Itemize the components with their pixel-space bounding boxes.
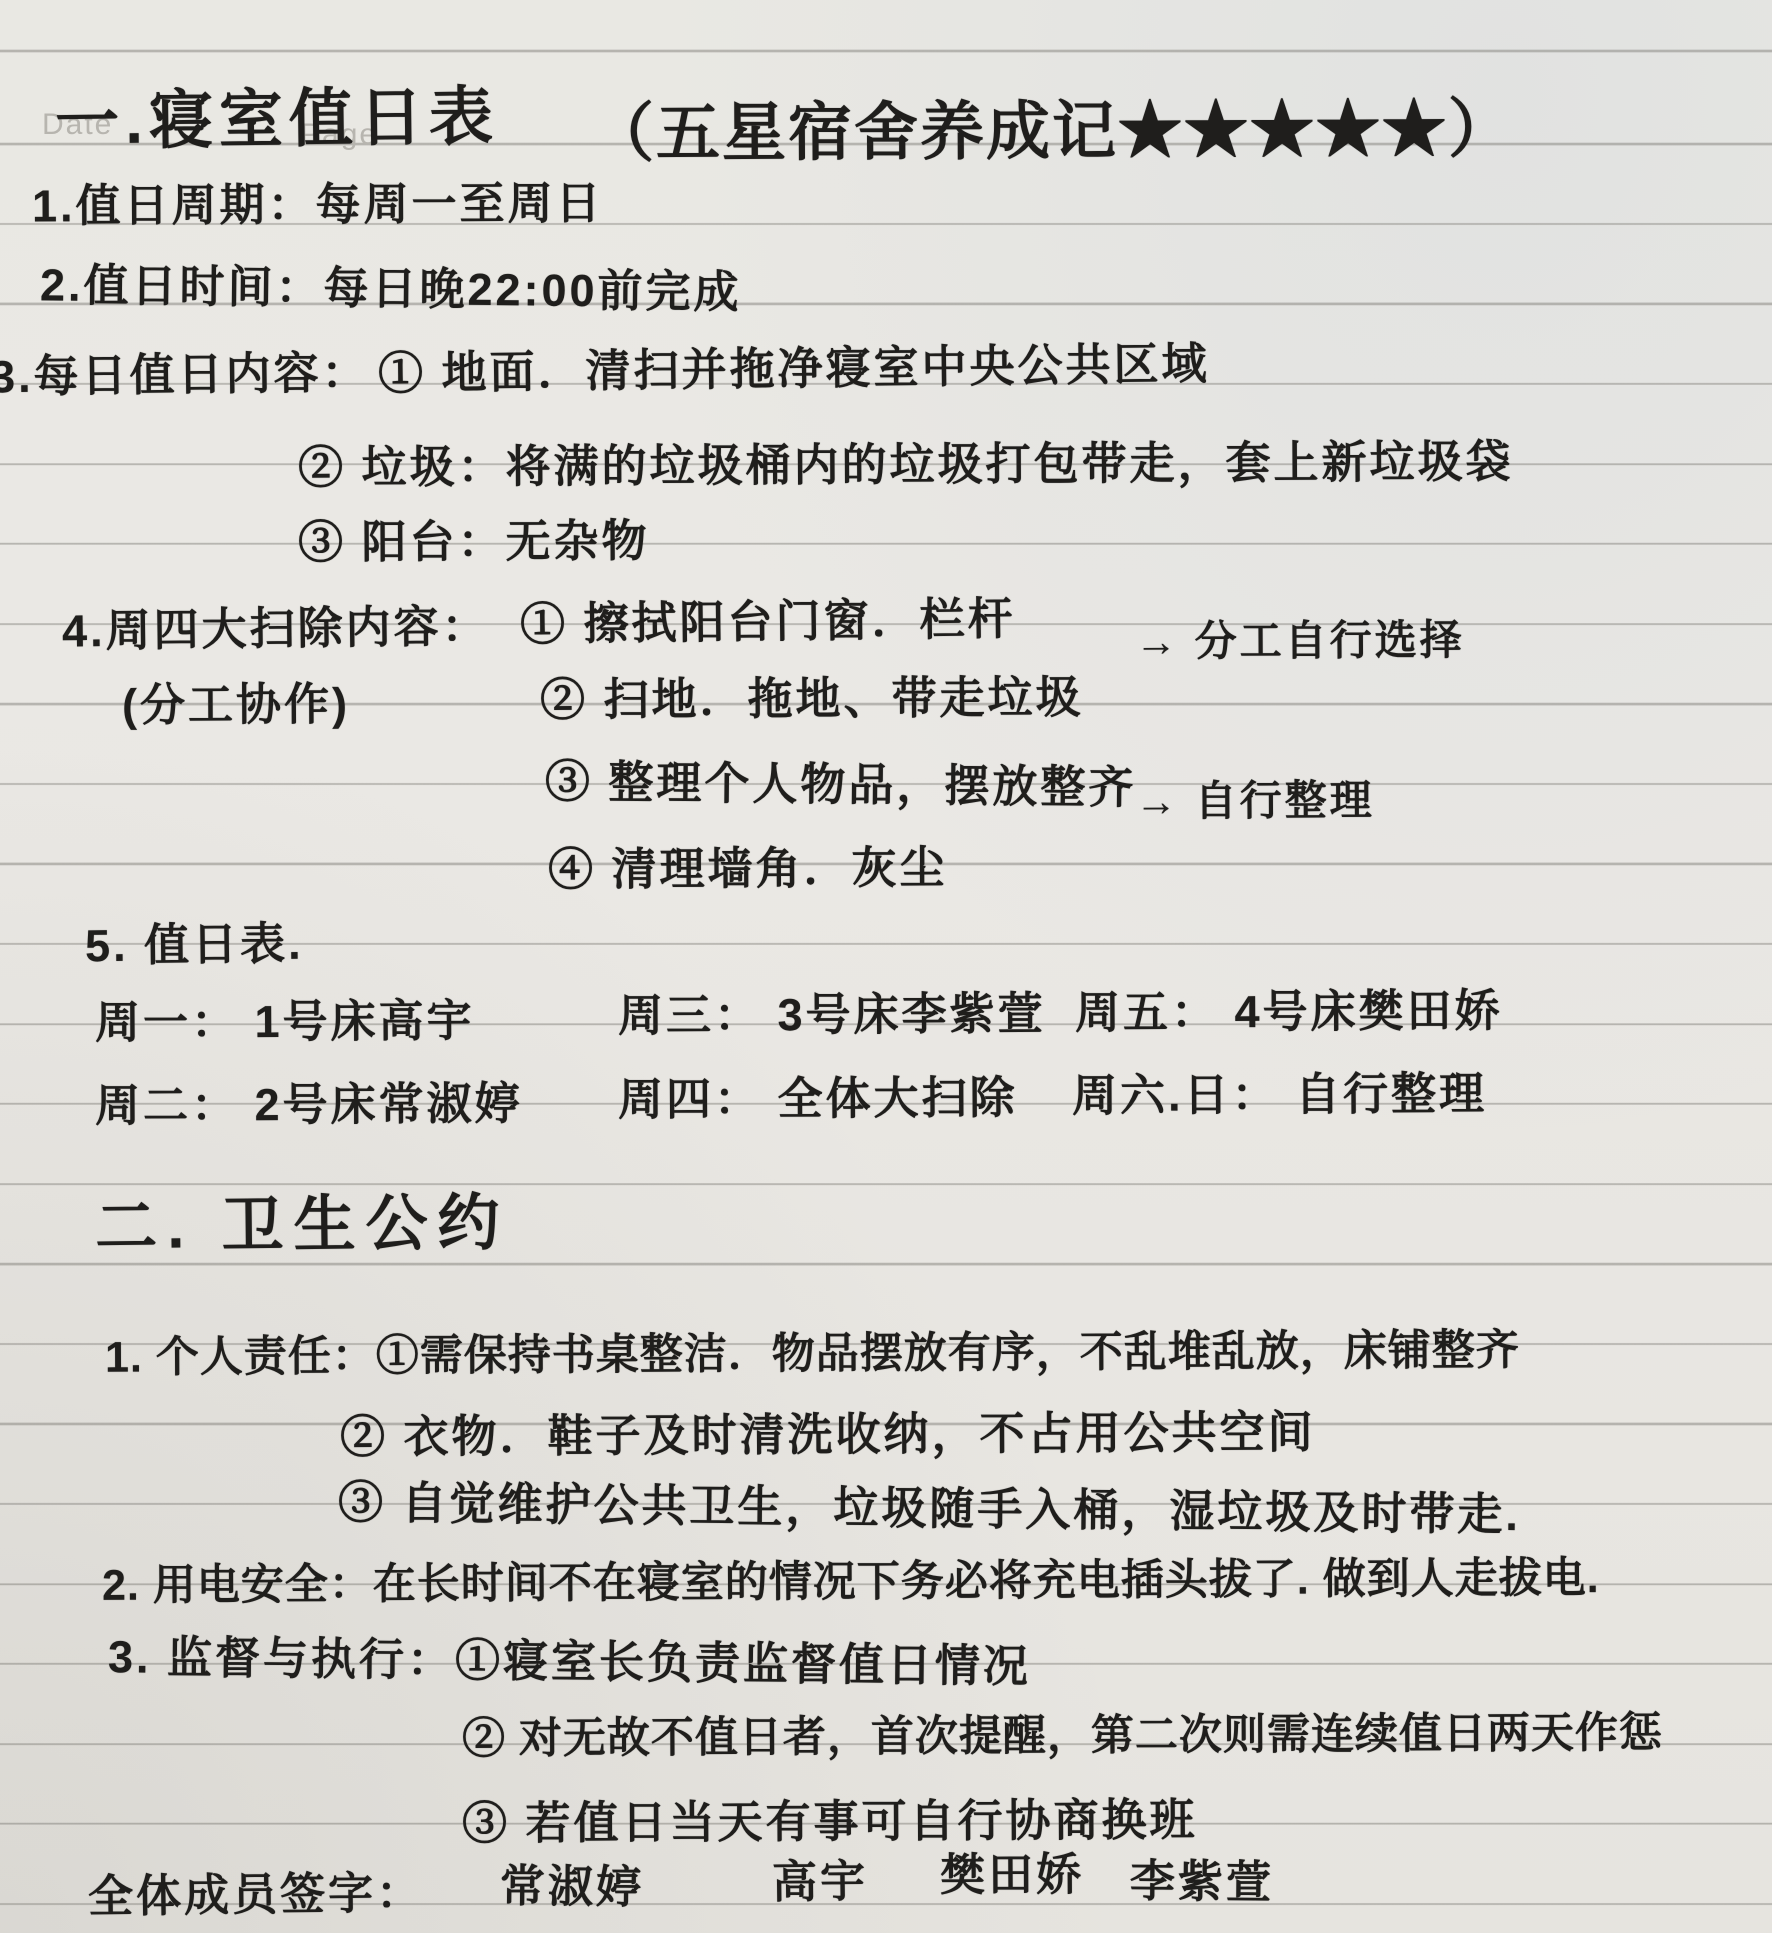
thursday-clean-label: 4.周四大扫除内容： — [62, 589, 490, 659]
duty-period-line: 1.值日周期：每周一至周日 — [32, 167, 604, 235]
schedule-thu: 周四： 全体大扫除 — [618, 1061, 1018, 1128]
schedule-wed: 周三： 3号床李紫萱 — [618, 977, 1046, 1044]
schedule-mon: 周一： 1号床高宇 — [95, 984, 475, 1051]
daily-item-floor: ① 地面．清扫并拖净寝室中央公共区域 — [378, 327, 1210, 402]
schedule-fri: 周五： 4号床樊田娇 — [1075, 974, 1503, 1041]
daily-content-label: 3.每日值日内容： — [0, 336, 370, 406]
section2-heading: 二. 卫生公约 — [94, 1172, 510, 1266]
signature-name-3: 樊田娇 — [940, 1838, 1084, 1904]
signature-name-1: 常淑婷 — [500, 1849, 645, 1916]
thursday-sublabel: (分工协作) — [122, 667, 350, 733]
pact-supervision-line: 3. 监督与执行：①寝室长负责监督值日情况 — [108, 1620, 1032, 1695]
pact-supervision-item3: ③ 若值日当天有事可自行协商换班 — [462, 1783, 1198, 1852]
thursday-item-sweep: ② 扫地．拖地、带走垃圾 — [540, 661, 1084, 729]
pact-personal-line: 1. 个人责任：①需保持书桌整洁．物品摆放有序，不乱堆乱放，床铺整齐 — [105, 1316, 1520, 1384]
schedule-label: 5. 值日表. — [85, 907, 304, 975]
signature-label: 全体成员签字： — [88, 1856, 425, 1925]
thursday-item-corner: ④ 清理墙角．灰尘 — [548, 831, 948, 898]
daily-item-trash: ② 垃圾：将满的垃圾桶内的垃圾打包带走，套上新垃圾袋 — [298, 425, 1514, 496]
schedule-tue: 周二： 2号床常淑婷 — [95, 1067, 523, 1134]
daily-item-balcony: ③ 阳台：无杂物 — [298, 504, 650, 571]
signature-name-4: 李紫萱 — [1130, 1844, 1275, 1911]
pact-electric-line: 2. 用电安全：在长时间不在寝室的情况下务必将充电插头拔了. 做到人走拔电. — [102, 1544, 1600, 1613]
schedule-weekend: 周六.日： 自行整理 — [1072, 1057, 1487, 1124]
thursday-note-self: → 自行整理 — [1135, 767, 1375, 828]
thursday-item-organize: ③ 整理个人物品，摆放整齐 — [545, 745, 1137, 816]
section1-title-note: （五星宿舍养成记★★★★★） — [590, 78, 1514, 175]
duty-time-line: 2.值日时间：每日晚22:00前完成 — [40, 248, 742, 320]
thursday-note-choose: → 分工自行选择 — [1135, 607, 1465, 669]
thursday-item-wipe: ① 擦拭阳台门窗．栏杆 — [520, 582, 1016, 653]
pact-supervision-item2: ② 对无故不值日者，首次提醒，第二次则需连续值日两天作惩 — [462, 1699, 1663, 1766]
signature-name-2: 高宇 — [772, 1844, 869, 1910]
pact-personal-item2: ② 衣物．鞋子及时清洗收纳，不占用公共空间 — [340, 1395, 1316, 1465]
section1-title: 一.寝室值日表 — [54, 65, 499, 162]
handwritten-dorm-duty-note: { "stationery": { "date_label": "Date", … — [0, 0, 1772, 1933]
pact-personal-item3: ③ 自觉维护公共卫生，垃圾随手入桶，湿垃圾及时带走. — [338, 1466, 1522, 1543]
